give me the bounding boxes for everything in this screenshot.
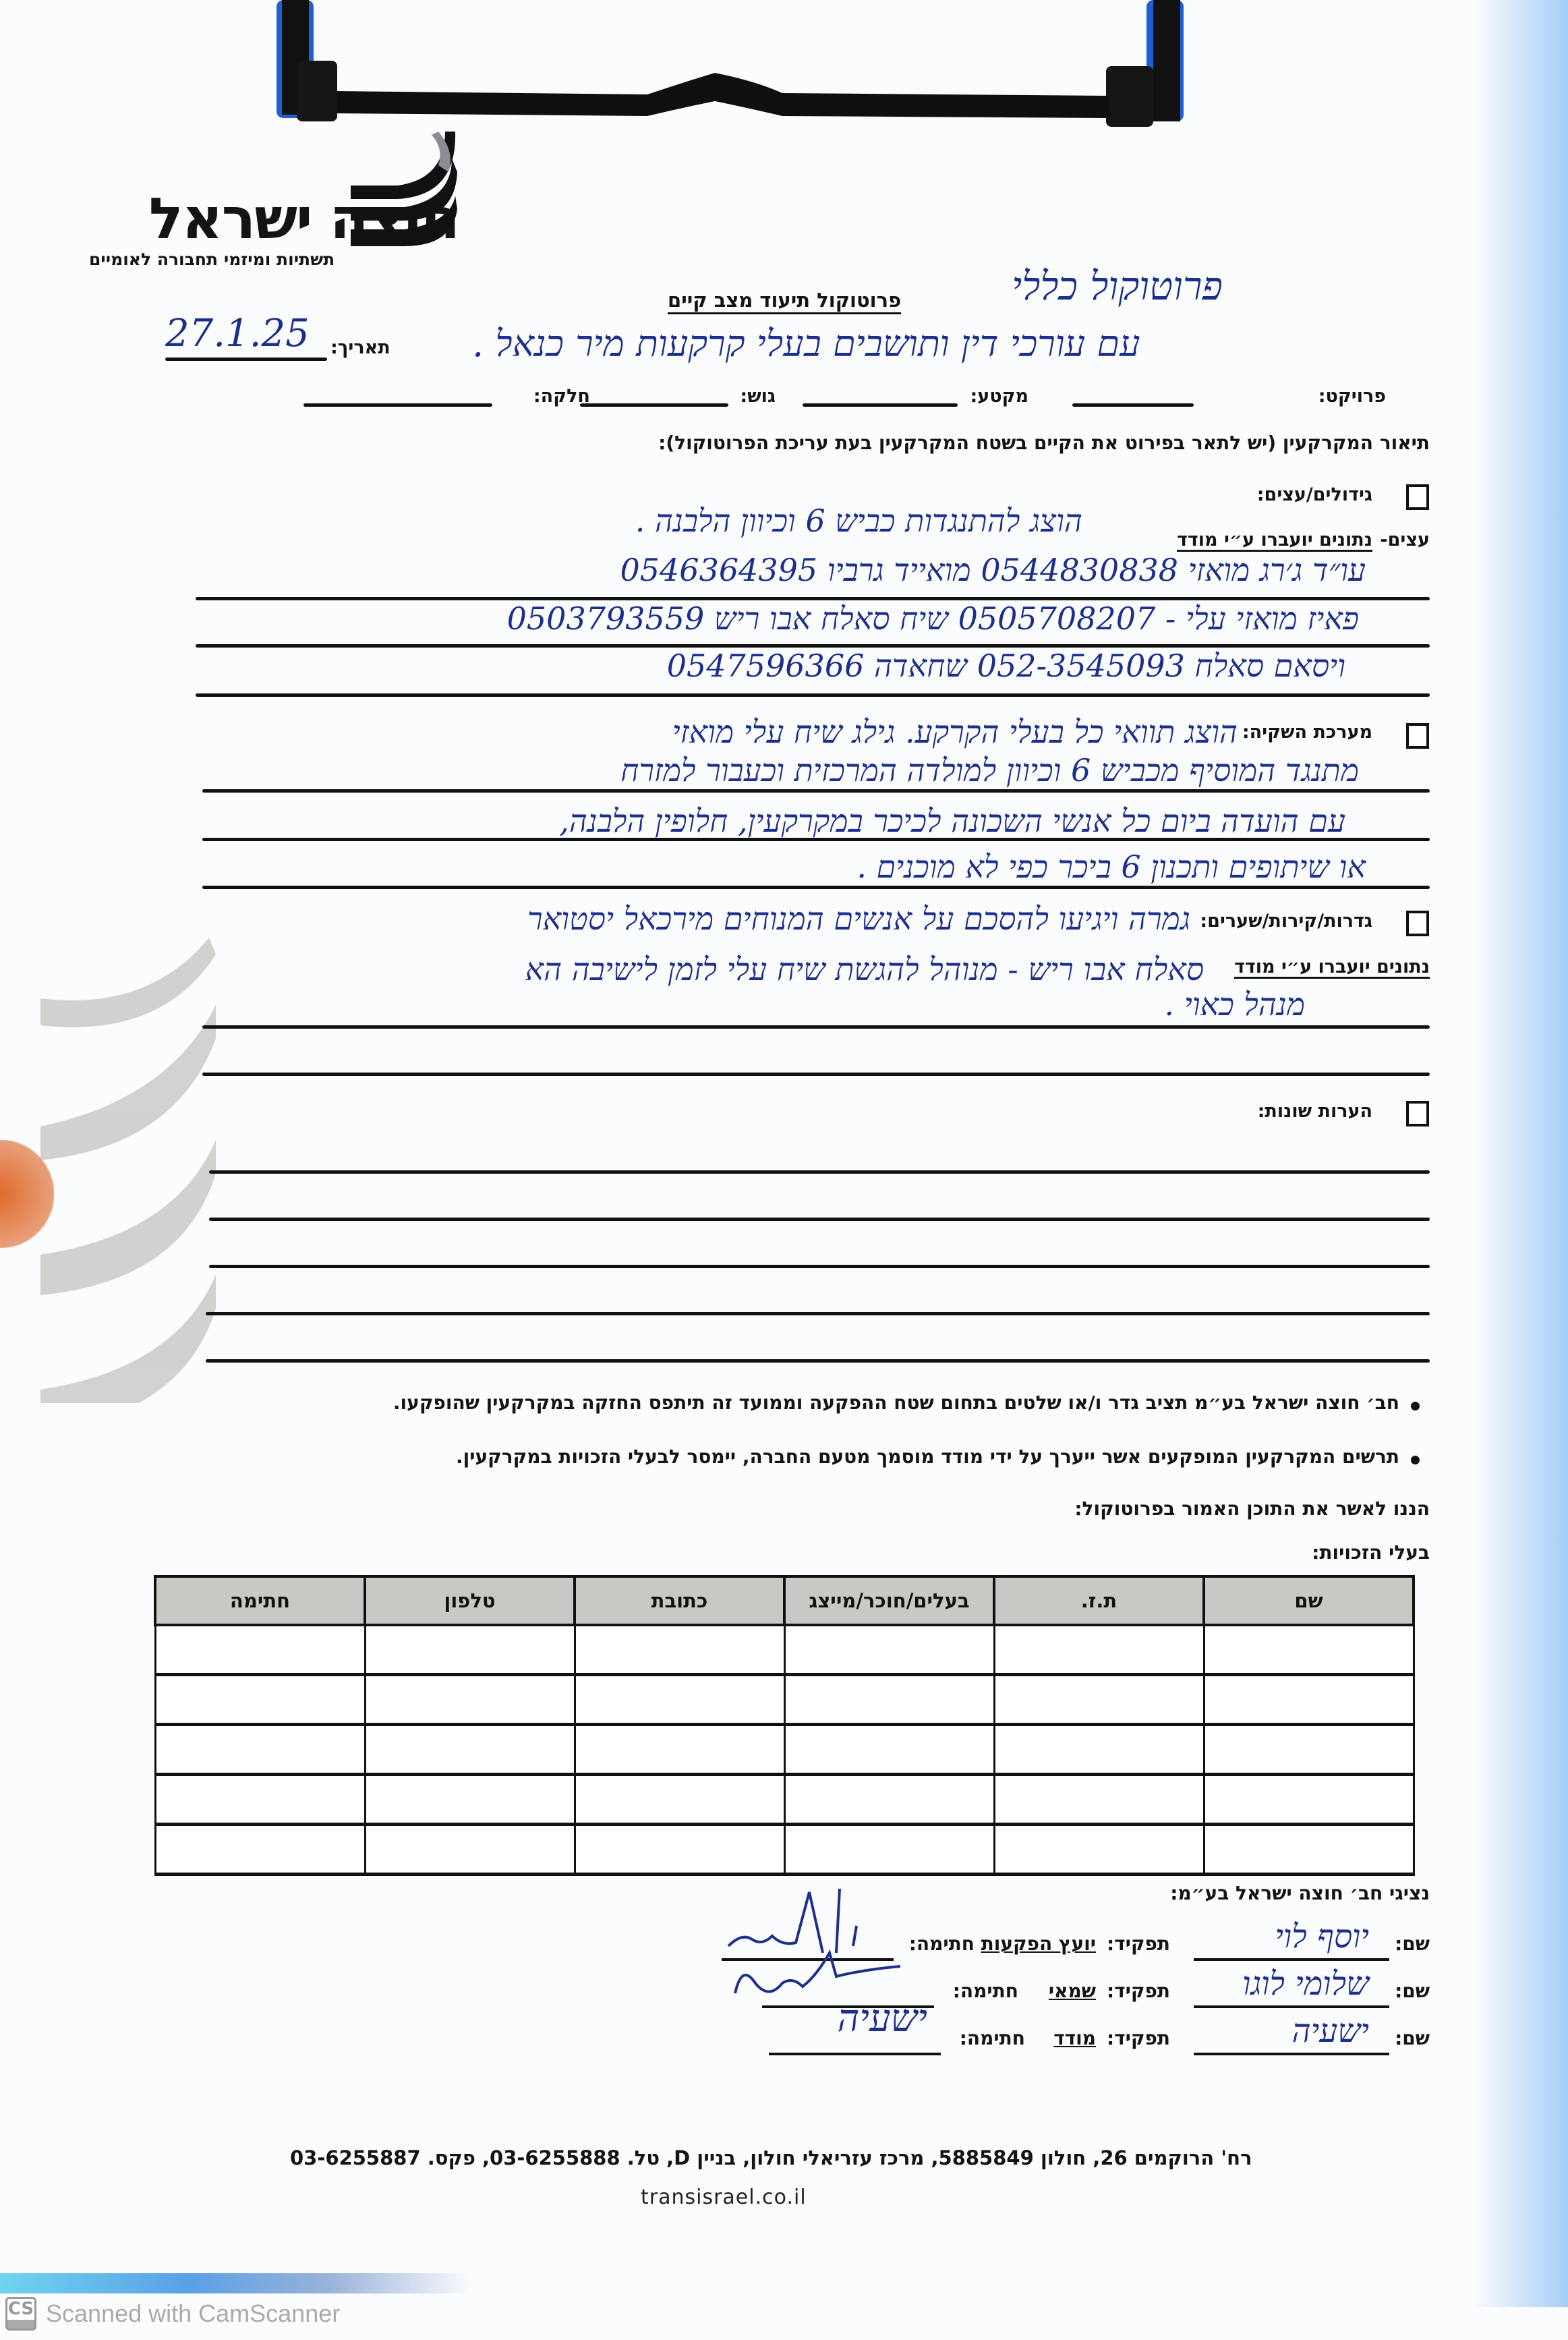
scanned-finger: [0, 1140, 54, 1248]
section-field[interactable]: [803, 403, 958, 407]
owners-table-cell[interactable]: [1204, 1775, 1414, 1825]
irrigation-label: מערכת השקיה:: [1242, 722, 1372, 743]
owners-column-header: כתובת: [575, 1576, 784, 1625]
writing-line: [196, 693, 1430, 697]
owners-table-cell[interactable]: [994, 1725, 1204, 1775]
fences-handwriting-line: גמרה ויגיעו להסכם על אנשים המנוחים מירכא…: [527, 901, 1190, 937]
owners-column-header: טלפון: [365, 1576, 575, 1625]
crops-handwriting-line: ויסאם סאלח 052-3545093 שחאדה 0547596366: [667, 648, 1345, 684]
owners-table-cell[interactable]: [994, 1775, 1204, 1825]
owners-table-cell[interactable]: [155, 1725, 365, 1775]
rep-role-value: יועץ הפקעות: [981, 1933, 1096, 1955]
camscanner-label: Scanned with CamScanner: [46, 2300, 340, 2328]
owners-table-cell[interactable]: [784, 1775, 994, 1825]
fences-note: נתונים יועברו ע״י מודד: [1234, 957, 1430, 977]
writing-line: [202, 1073, 1430, 1076]
block-label: גוש:: [740, 386, 776, 407]
writing-line: [202, 789, 1430, 793]
owners-table-cell[interactable]: [784, 1825, 994, 1875]
watermark-logo-icon: [13, 836, 229, 1403]
owners-table-cell[interactable]: [365, 1675, 575, 1725]
scan-bottom-strip: [0, 2273, 472, 2293]
misc-notes-checkbox[interactable]: [1406, 1101, 1429, 1126]
owners-table-cell[interactable]: [365, 1775, 575, 1825]
owners-table-cell[interactable]: [575, 1775, 784, 1825]
date-field[interactable]: 27.1.25: [165, 312, 310, 355]
irrigation-handwriting-line: הוצג תוואי כל בעלי הקרקע. גילג שיח עלי מ…: [672, 714, 1238, 750]
signature-icon: [728, 1936, 904, 2003]
block-field[interactable]: [580, 403, 728, 407]
owners-label: בעלי הזכויות:: [1312, 1541, 1430, 1564]
logo-mark-icon: [337, 132, 459, 250]
owners-table-cell[interactable]: [365, 1725, 575, 1775]
rep-name-field[interactable]: ישעיה: [1292, 2012, 1369, 2050]
owners-table-cell[interactable]: [994, 1825, 1204, 1875]
rep-name-label: שם:: [1395, 2027, 1430, 2049]
rep-name-underline: [1194, 2005, 1389, 2008]
table-row: [155, 1825, 1414, 1875]
owners-table-cell[interactable]: [784, 1725, 994, 1775]
trees-note: נתונים יועברו ע״י מודד: [1177, 530, 1372, 550]
rep-name-label: שם:: [1395, 1933, 1430, 1955]
owners-table-cell[interactable]: [1204, 1675, 1414, 1725]
bullet-dot: [1411, 1456, 1420, 1464]
rep-name-label: שם:: [1395, 1980, 1430, 2002]
footer-address: רח' הרוקמים 26, חולון 5885849, מרכז עזרי…: [290, 2146, 1252, 2169]
irrigation-handwriting-line: מתנגד המוסיף מכביש 6 וכיוון למולדה המרכז…: [620, 752, 1359, 789]
trees-note-prefix: עצים-: [1380, 530, 1430, 550]
notes-line[interactable]: [206, 1312, 1430, 1315]
irrigation-handwriting-line: או שיתופים ותכנון 6 ביכר כפי לא מוכנים .: [856, 849, 1366, 885]
owners-table-cell[interactable]: [994, 1625, 1204, 1675]
document-title: פרוטוקול תיעוד מצב קיים: [668, 289, 901, 312]
crops-label: גידולים/עצים:: [1257, 484, 1372, 505]
irrigation-checkbox[interactable]: [1406, 723, 1429, 749]
rep-signature-label: חתימה:: [953, 1980, 1018, 2002]
rep-role-label: תפקיד:: [1107, 1933, 1170, 1955]
crops-handwriting-line: עו״ד ג׳רג מואזי 0544830838 מואייד גרביו …: [620, 552, 1366, 588]
date-underline: [165, 358, 327, 361]
notes-line[interactable]: [209, 1265, 1430, 1268]
crops-handwriting-line: הוצג להתנגדות כביש 6 וכיוון הלבנה .: [635, 503, 1082, 539]
company-logo: חוצה ישראל תשתיות ומיזמי תחבורה לאומיים: [81, 159, 459, 280]
rep-role-value: מודד: [1053, 2027, 1096, 2049]
representative-row: שם: שלומי לוגו תפקיד: שמאי חתימה:: [688, 1973, 1430, 2014]
owners-table-cell[interactable]: [1204, 1625, 1414, 1675]
representative-row: שם: ישעיה תפקיד: מודד חתימה: ישעיה: [688, 2020, 1430, 2061]
owners-column-header: שם: [1204, 1576, 1414, 1625]
owners-table: שםת.ז.בעלים/חוכר/מייצגכתובתטלפוןחתימה: [154, 1575, 1415, 1876]
fences-handwriting-line: סאלח אבו ריש - מנוהל להגשת שיח עלי לזמן …: [525, 951, 1204, 988]
owners-table-cell[interactable]: [155, 1625, 365, 1675]
bullet-text: תרשים המקרקעין המופקעים אשר ייערך על ידי…: [456, 1446, 1399, 1468]
rep-signature-label: חתימה:: [909, 1933, 975, 1955]
project-label: פרויקט:: [1318, 386, 1386, 407]
table-row: [155, 1725, 1414, 1775]
owners-table-cell[interactable]: [155, 1675, 365, 1725]
rep-role-label: תפקיד:: [1107, 2027, 1170, 2049]
bullet-text: חב׳ חוצה ישראל בע״מ תציב גדר ו/או שלטים …: [393, 1392, 1399, 1414]
scan-edge-tint: [1474, 0, 1568, 2307]
owners-table-cell[interactable]: [994, 1675, 1204, 1725]
notes-line[interactable]: [209, 1170, 1430, 1174]
table-row: [155, 1775, 1414, 1825]
owners-table-cell[interactable]: [575, 1675, 784, 1725]
camscanner-logo-icon: CS: [5, 2297, 36, 2331]
representatives-heading: נציגי חב׳ חוצה ישראל בע״מ:: [1170, 1882, 1430, 1904]
clipboard-clip-icon: [270, 0, 1200, 135]
rep-name-underline: [1194, 2053, 1389, 2055]
parcel-label: חלקה:: [533, 386, 590, 407]
misc-notes-label: הערות שונות:: [1258, 1101, 1372, 1122]
rep-role-label: תפקיד:: [1107, 1980, 1170, 2002]
handwritten-subheading: עם עורכי דין ותושבים בעלי קרקעות מיר כנא…: [472, 322, 1140, 365]
notes-line[interactable]: [206, 1359, 1430, 1363]
bullet-dot: [1411, 1402, 1420, 1410]
owners-column-header: חתימה: [155, 1576, 365, 1625]
rep-role-value: שמאי: [1049, 1980, 1096, 2002]
owners-table-cell[interactable]: [365, 1625, 575, 1675]
section-label: מקטע:: [970, 386, 1028, 407]
owners-table-cell[interactable]: [784, 1675, 994, 1725]
fences-label: גדרות/קירות/שערים:: [1200, 911, 1372, 932]
owners-table-cell[interactable]: [575, 1825, 784, 1875]
fences-checkbox[interactable]: [1406, 911, 1429, 936]
rep-signature-label: חתימה:: [960, 2027, 1025, 2049]
company-tagline: תשתיות ומיזמי תחבורה לאומיים: [89, 250, 335, 269]
owners-column-header: ת.ז.: [994, 1576, 1204, 1625]
owners-table-cell[interactable]: [155, 1825, 365, 1875]
irrigation-handwriting-line: עם הועדה ביום כל אנשי השכונה לכיכר במקרק…: [559, 803, 1345, 839]
writing-line: [202, 1025, 1430, 1029]
rep-name-underline: [1194, 1958, 1389, 1961]
owners-column-header: בעלים/חוכר/מייצג: [784, 1576, 994, 1625]
approval-text: הננו לאשר את התוכן האמור בפרוטוקול:: [1074, 1497, 1430, 1520]
owners-table-cell[interactable]: [1204, 1725, 1414, 1775]
camscanner-watermark: CS Scanned with CamScanner: [5, 2297, 340, 2331]
fences-handwriting-line: מנהל כאוי .: [1165, 986, 1305, 1023]
rep-signature-field[interactable]: [769, 2053, 941, 2055]
rep-name-field[interactable]: יוסף לוי: [1275, 1918, 1369, 1956]
table-row: [155, 1625, 1414, 1675]
owners-table-header: שםת.ז.בעלים/חוכר/מייצגכתובתטלפוןחתימה: [155, 1576, 1414, 1625]
parcel-field[interactable]: [303, 403, 492, 407]
table-row: [155, 1675, 1414, 1725]
project-field[interactable]: [1072, 403, 1194, 407]
owners-table-cell[interactable]: [784, 1625, 994, 1675]
owners-table-cell[interactable]: [575, 1625, 784, 1675]
owners-table-cell[interactable]: [575, 1725, 784, 1775]
rep-name-field[interactable]: שלומי לוגו: [1242, 1965, 1369, 2003]
footer-website-link[interactable]: transisrael.co.il: [641, 2186, 807, 2209]
owners-table-cell[interactable]: [365, 1825, 575, 1875]
owners-table-cell[interactable]: [155, 1775, 365, 1825]
date-label: תאריך:: [330, 337, 390, 358]
handwritten-heading: פרוטוקול כללי: [1012, 263, 1223, 309]
writing-line: [202, 886, 1430, 889]
signature-handwritten: ישעיה: [837, 1997, 927, 2041]
owners-table-cell[interactable]: [1204, 1825, 1414, 1875]
crops-handwriting-line: פאיז מואזי עלי - 0505708207 שיח סאלח אבו…: [507, 600, 1359, 637]
notes-line[interactable]: [209, 1218, 1430, 1221]
crops-checkbox[interactable]: [1406, 484, 1429, 510]
property-description-heading: תיאור המקרקעין (יש לתאר בפירוט את הקיים …: [658, 432, 1430, 454]
writing-line: [202, 838, 1430, 841]
